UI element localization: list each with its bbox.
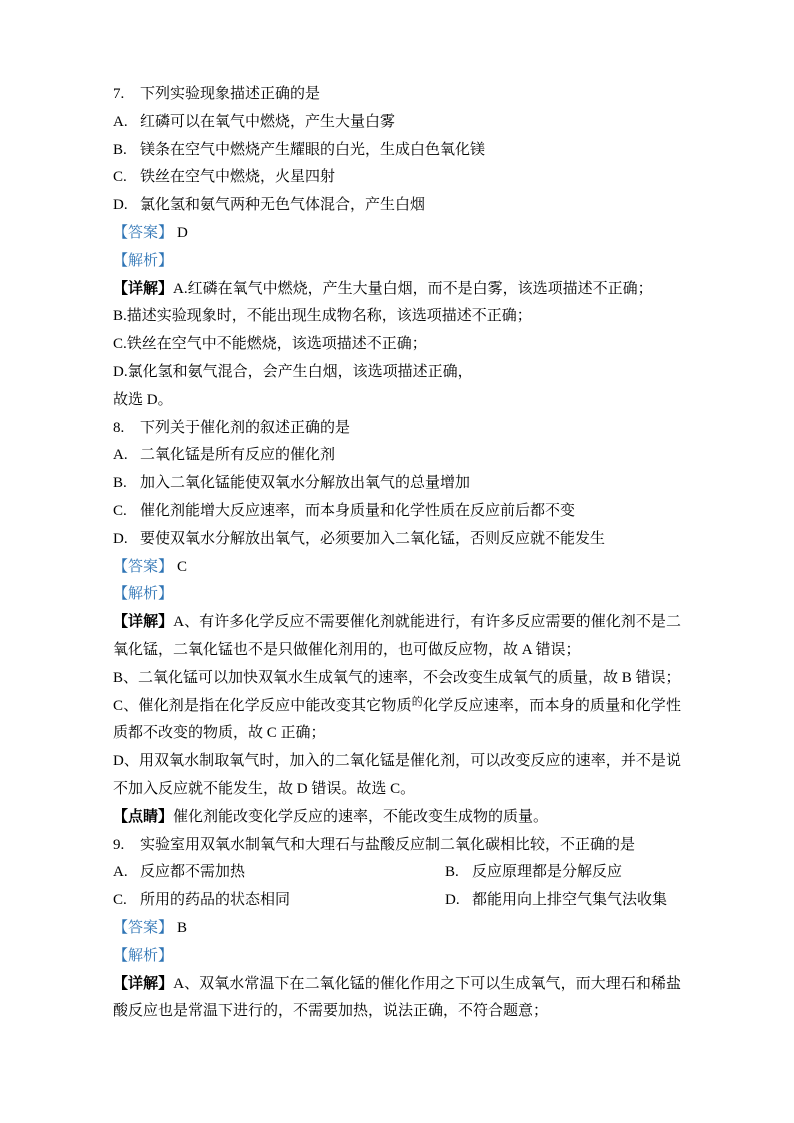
- q7-option-a-text: 红磷可以在氧气中燃烧，产生大量白雾: [140, 114, 395, 130]
- q8-stem: 下列关于催化剂的叙述正确的是: [140, 420, 350, 436]
- q7-detail-line-a: 【详解】A.红磷在氧气中燃烧，产生大量白烟，而不是白雾，该选项描述不正确；: [113, 276, 681, 304]
- q8-tip-text: 催化剂能改变化学反应的速率，不能改变生成物的质量。: [173, 809, 548, 825]
- q7-option-c-label: C.: [113, 164, 140, 192]
- q9-option-a-label: A.: [113, 859, 140, 887]
- q9-answer-label: 【答案】: [113, 920, 173, 936]
- q9-options-grid: A.反应都不需加热 B.反应原理都是分解反应 C.所用的药品的状态相同 D.都能…: [113, 859, 681, 915]
- q9-answer-value: B: [173, 920, 187, 936]
- q7-option-c: C.铁丝在空气中燃烧，火星四射: [113, 164, 681, 192]
- q9-option-b-label: B.: [445, 859, 472, 887]
- q8-option-b-text: 加入二氧化锰能使双氧水分解放出氧气的总量增加: [140, 475, 470, 491]
- q8-detail-b: B、二氧化锰可以加快双氧水生成氧气的速率，不会改变生成氧气的质量，故 B 错误；: [113, 665, 681, 693]
- q9-number: 9.: [113, 832, 140, 860]
- q7-answer-row: 【答案】D: [113, 220, 681, 248]
- q8-option-a: A.二氧化锰是所有反应的催化剂: [113, 442, 681, 470]
- q9-option-a: A.反应都不需加热: [113, 859, 445, 887]
- q7-stem-row: 7.下列实验现象描述正确的是: [113, 81, 681, 109]
- q7-answer-value: D: [173, 225, 188, 241]
- q9-answer-row: 【答案】B: [113, 915, 681, 943]
- q8-stem-row: 8.下列关于催化剂的叙述正确的是: [113, 415, 681, 443]
- q9-option-c-text: 所用的药品的状态相同: [140, 892, 290, 908]
- q7-number: 7.: [113, 81, 140, 109]
- q8-answer-label: 【答案】: [113, 559, 173, 575]
- q7-option-d: D.氯化氢和氨气两种无色气体混合，产生白烟: [113, 192, 681, 220]
- q9-option-b-text: 反应原理都是分解反应: [472, 864, 622, 880]
- q8-detail-c-before: C、催化剂是指在化学反应中能改变其它物质: [113, 698, 412, 714]
- q7-detail-conclusion: 故选 D。: [113, 387, 681, 415]
- q8-number: 8.: [113, 415, 140, 443]
- q7-option-c-text: 铁丝在空气中燃烧，火星四射: [140, 169, 335, 185]
- q8-option-a-text: 二氧化锰是所有反应的催化剂: [140, 447, 335, 463]
- q7-option-a-label: A.: [113, 109, 140, 137]
- q8-option-c-label: C.: [113, 498, 140, 526]
- q8-analysis-row: 【解析】: [113, 581, 681, 609]
- q9-detail-a-text: A、双氧水常温下在二氧化锰的催化作用之下可以生成氧气，而大理石和稀盐酸反应也是常…: [113, 976, 681, 1020]
- q8-analysis-label: 【解析】: [113, 586, 173, 602]
- q8-option-d: D.要使双氧水分解放出氧气，必须要加入二氧化锰，否则反应就不能发生: [113, 526, 681, 554]
- q9-option-c: C.所用的药品的状态相同: [113, 887, 445, 915]
- q7-option-b-text: 镁条在空气中燃烧产生耀眼的白光，生成白色氧化镁: [140, 142, 485, 158]
- q7-analysis-label: 【解析】: [113, 253, 173, 269]
- q9-stem-row: 9.实验室用双氧水制氧气和大理石与盐酸反应制二氧化碳相比较，不正确的是: [113, 832, 681, 860]
- q8-answer-value: C: [173, 559, 187, 575]
- q7-detail-a-text: A.红磷在氧气中燃烧，产生大量白烟，而不是白雾，该选项描述不正确；: [173, 281, 653, 297]
- q9-stem: 实验室用双氧水制氧气和大理石与盐酸反应制二氧化碳相比较，不正确的是: [140, 837, 635, 853]
- q7-option-d-label: D.: [113, 192, 140, 220]
- q7-option-b: B.镁条在空气中燃烧产生耀眼的白光，生成白色氧化镁: [113, 137, 681, 165]
- q9-option-b: B.反应原理都是分解反应: [445, 859, 681, 887]
- q8-option-c: C.催化剂能增大反应速率，而本身质量和化学性质在反应前后都不变: [113, 498, 681, 526]
- q8-option-d-text: 要使双氧水分解放出氧气，必须要加入二氧化锰，否则反应就不能发生: [140, 531, 605, 547]
- q9-option-d-label: D.: [445, 887, 472, 915]
- document-page: 7.下列实验现象描述正确的是 A.红磷可以在氧气中燃烧，产生大量白雾 B.镁条在…: [0, 0, 794, 1123]
- q7-option-b-label: B.: [113, 137, 140, 165]
- q8-option-b: B.加入二氧化锰能使双氧水分解放出氧气的总量增加: [113, 470, 681, 498]
- q8-option-c-text: 催化剂能增大反应速率，而本身质量和化学性质在反应前后都不变: [140, 503, 575, 519]
- q7-detail-label: 【详解】: [113, 281, 173, 297]
- q9-option-d-text: 都能用向上排空气集气法收集: [472, 892, 667, 908]
- q7-option-d-text: 氯化氢和氨气两种无色气体混合，产生白烟: [140, 197, 425, 213]
- q7-answer-label: 【答案】: [113, 225, 173, 241]
- q8-detail-c-superscript: 的: [412, 696, 423, 708]
- q7-detail-line-b: B.描述实验现象时，不能出现生成物名称，该选项描述不正确；: [113, 303, 681, 331]
- q7-detail-line-d: D.氯化氢和氨气混合，会产生白烟，该选项描述正确，: [113, 359, 681, 387]
- q8-tip-row: 【点睛】催化剂能改变化学反应的速率，不能改变生成物的质量。: [113, 804, 681, 832]
- q8-tip-label: 【点睛】: [113, 809, 173, 825]
- q7-option-a: A.红磷可以在氧气中燃烧，产生大量白雾: [113, 109, 681, 137]
- q8-option-d-label: D.: [113, 526, 140, 554]
- q9-analysis-row: 【解析】: [113, 943, 681, 971]
- q8-option-a-label: A.: [113, 442, 140, 470]
- q8-detail-d: D、用双氧水制取氧气时，加入的二氧化锰是催化剂，可以改变反应的速率，并不是说不加…: [113, 748, 681, 804]
- q8-detail-a-text: A、有许多化学反应不需要催化剂就能进行，有许多反应需要的催化剂不是二氧化锰，二氧…: [113, 614, 681, 658]
- q8-answer-row: 【答案】C: [113, 554, 681, 582]
- q8-detail-a: 【详解】A、有许多化学反应不需要催化剂就能进行，有许多反应需要的催化剂不是二氧化…: [113, 609, 681, 665]
- q8-detail-label: 【详解】: [113, 614, 173, 630]
- q9-detail-a: 【详解】A、双氧水常温下在二氧化锰的催化作用之下可以生成氧气，而大理石和稀盐酸反…: [113, 971, 681, 1027]
- q8-detail-c: C、催化剂是指在化学反应中能改变其它物质的化学反应速率，而本身的质量和化学性质都…: [113, 693, 681, 749]
- q9-detail-label: 【详解】: [113, 976, 173, 992]
- q8-option-b-label: B.: [113, 470, 140, 498]
- q9-analysis-label: 【解析】: [113, 948, 173, 964]
- q9-option-c-label: C.: [113, 887, 140, 915]
- q7-stem: 下列实验现象描述正确的是: [140, 86, 320, 102]
- q7-detail-line-c: C.铁丝在空气中不能燃烧，该选项描述不正确；: [113, 331, 681, 359]
- q9-option-a-text: 反应都不需加热: [140, 864, 245, 880]
- q7-analysis-row: 【解析】: [113, 248, 681, 276]
- q9-option-d: D.都能用向上排空气集气法收集: [445, 887, 681, 915]
